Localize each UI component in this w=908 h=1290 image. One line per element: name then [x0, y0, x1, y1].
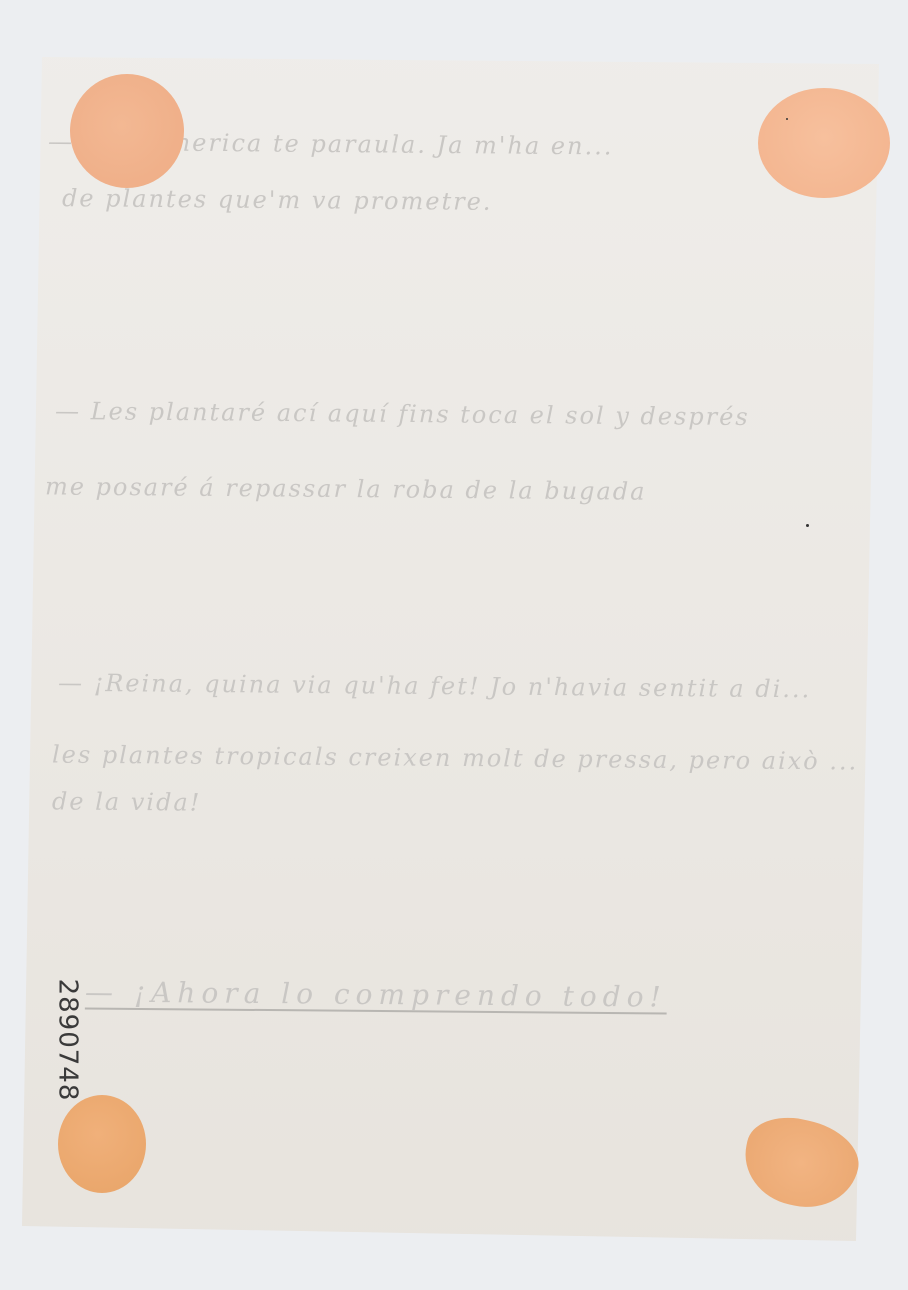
paper-speck [806, 524, 809, 527]
catalog-number: 2890748 [52, 979, 82, 1102]
text-line-2: de plantes que'm va prometre. [62, 184, 493, 216]
text-line-8: — ¡Ahora lo comprendo todo! [85, 975, 667, 1013]
text-line-7: de la vida! [52, 787, 202, 816]
adhesive-dot-bottom-left [58, 1095, 146, 1193]
text-line-4: me posaré á repassar la roba de la bugad… [45, 472, 647, 505]
adhesive-dot-top-left [70, 74, 184, 188]
paper-speck [786, 118, 788, 120]
adhesive-dot-top-right [758, 88, 890, 198]
